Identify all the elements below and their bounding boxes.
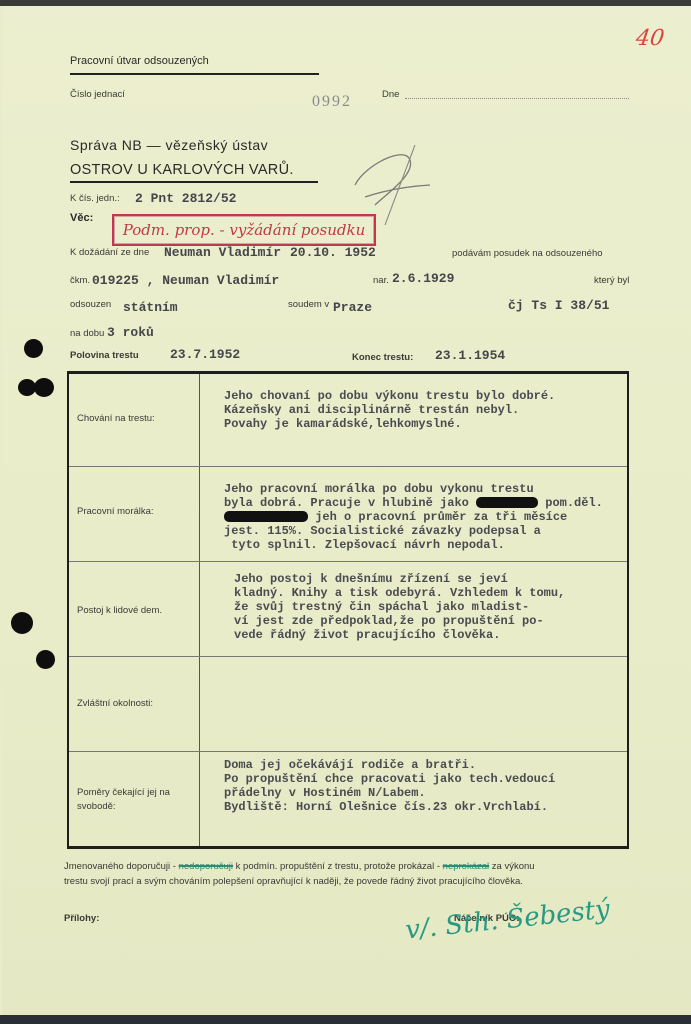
redaction bbox=[476, 497, 538, 508]
ref-label: Číslo jednací bbox=[70, 89, 125, 100]
subject-stamp: Podm. prop. - vyžádání posudku bbox=[112, 214, 376, 246]
table-row-conditions: Poměry čekající jej na svobodě: Doma jej… bbox=[69, 751, 627, 844]
row-label: Chování na trestu: bbox=[77, 412, 155, 426]
punch-hole bbox=[24, 339, 43, 358]
court-place: Praze bbox=[333, 300, 372, 315]
text-part: Jmenovaného doporučuji - bbox=[64, 861, 179, 872]
text-line: tyto splnil. Zlepšovací návrh nepodal. bbox=[224, 538, 505, 552]
end-term-label: Konec trestu: bbox=[352, 352, 413, 363]
row-label: Pracovní morálka: bbox=[77, 505, 154, 519]
text-line: jeh o pracovní průměr za tři měsíce bbox=[308, 510, 567, 524]
punch-hole bbox=[11, 612, 33, 634]
evaluation-table: Chování na trestu: Jeho chovaní po dobu … bbox=[67, 371, 629, 849]
request-suffix: podávám posudek na odsouzeného bbox=[452, 248, 603, 259]
text-line: pom.děl. bbox=[538, 496, 603, 510]
date-label: Dne bbox=[382, 89, 399, 100]
page-number-mark: 40 bbox=[634, 26, 666, 51]
term-value: 3 roků bbox=[107, 325, 154, 340]
row-text: Jeho chovaní po dobu výkonu trestu bylo … bbox=[224, 389, 555, 431]
term-label: na dobu bbox=[70, 328, 104, 339]
recommendation-text-line2: trestu svojí prací a svým chováním polep… bbox=[64, 876, 523, 887]
sentenced-label: odsouzen bbox=[70, 299, 111, 310]
half-term-value: 23.7.1952 bbox=[170, 347, 240, 362]
punch-hole bbox=[36, 650, 55, 669]
ref-to-label: K čís. jedn.: bbox=[70, 193, 120, 204]
ref-to-value: 2 Pnt 2812/52 bbox=[135, 191, 236, 206]
redaction bbox=[224, 511, 308, 522]
who-label: který byl bbox=[594, 275, 629, 286]
text-line: jest. 115%. Socialistické závazky podeps… bbox=[224, 524, 541, 538]
request-name: Neuman Vladimír bbox=[164, 245, 281, 260]
table-row-work-morale: Pracovní morálka: Jeho pracovní morálka … bbox=[69, 466, 627, 562]
table-row-special: Zvláštní okolnosti: bbox=[69, 656, 627, 752]
row-text: Jeho postoj k dnešnímu zřízení se jeví k… bbox=[234, 572, 565, 642]
half-term-label: Polovina trestu bbox=[70, 350, 139, 361]
born-value: 2.6.1929 bbox=[392, 271, 454, 286]
row-text: Doma jej očekávájí rodiče a bratři. Po p… bbox=[224, 758, 555, 814]
text-line: byla dobrá. Pracuje v hlubině jako bbox=[224, 496, 476, 510]
punch-hole bbox=[34, 378, 54, 397]
divider bbox=[70, 181, 318, 183]
ckm-value: 019225 , Neuman Vladimír bbox=[92, 273, 279, 288]
text-part: za výkonu bbox=[489, 861, 534, 872]
court-label: soudem v bbox=[288, 299, 329, 310]
office-name: Správa NB — vězeňský ústav bbox=[70, 137, 268, 153]
ckm-label: čkm. bbox=[70, 275, 90, 286]
row-label: Postoj k lidové dem. bbox=[77, 604, 162, 618]
text-line: Jeho pracovní morálka po dobu vykonu tre… bbox=[224, 482, 534, 496]
ref-number: 0992 bbox=[312, 93, 352, 111]
recommendation-text: Jmenovaného doporučuji - nedoporučuji k … bbox=[64, 861, 535, 872]
row-label: Poměry čekající jej na svobodě: bbox=[77, 786, 187, 814]
text-part: k podmín. propuštění z trestu, protože p… bbox=[233, 861, 443, 872]
born-label: nar. bbox=[373, 275, 389, 286]
row-text: Jeho pracovní morálka po dobu vykonu tre… bbox=[224, 482, 603, 552]
scan-bottom-edge bbox=[0, 1015, 691, 1024]
date-field bbox=[405, 98, 629, 99]
unit-label: Pracovní útvar odsouzených bbox=[70, 55, 209, 67]
divider bbox=[70, 73, 319, 75]
request-date: 20.10. 1952 bbox=[290, 245, 376, 260]
end-term-value: 23.1.1954 bbox=[435, 348, 505, 363]
table-row-behavior: Chování na trestu: Jeho chovaní po dobu … bbox=[69, 374, 627, 466]
request-label: K dožádání ze dne bbox=[70, 247, 149, 258]
attachments-label: Přílohy: bbox=[64, 913, 99, 924]
row-label: Zvláštní okolnosti: bbox=[77, 697, 153, 711]
struck-option: nedoporučuji bbox=[179, 861, 233, 872]
case-number: čj Ts I 38/51 bbox=[508, 298, 609, 313]
struck-option: neprokázal bbox=[443, 861, 489, 872]
subject-label: Věc: bbox=[70, 212, 93, 224]
table-row-attitude: Postoj k lidové dem. Jeho postoj k dnešn… bbox=[69, 561, 627, 657]
pencil-mark-icon bbox=[345, 125, 465, 225]
office-location: OSTROV U KARLOVÝCH VARŮ. bbox=[70, 162, 294, 178]
court-type: státním bbox=[123, 300, 178, 315]
